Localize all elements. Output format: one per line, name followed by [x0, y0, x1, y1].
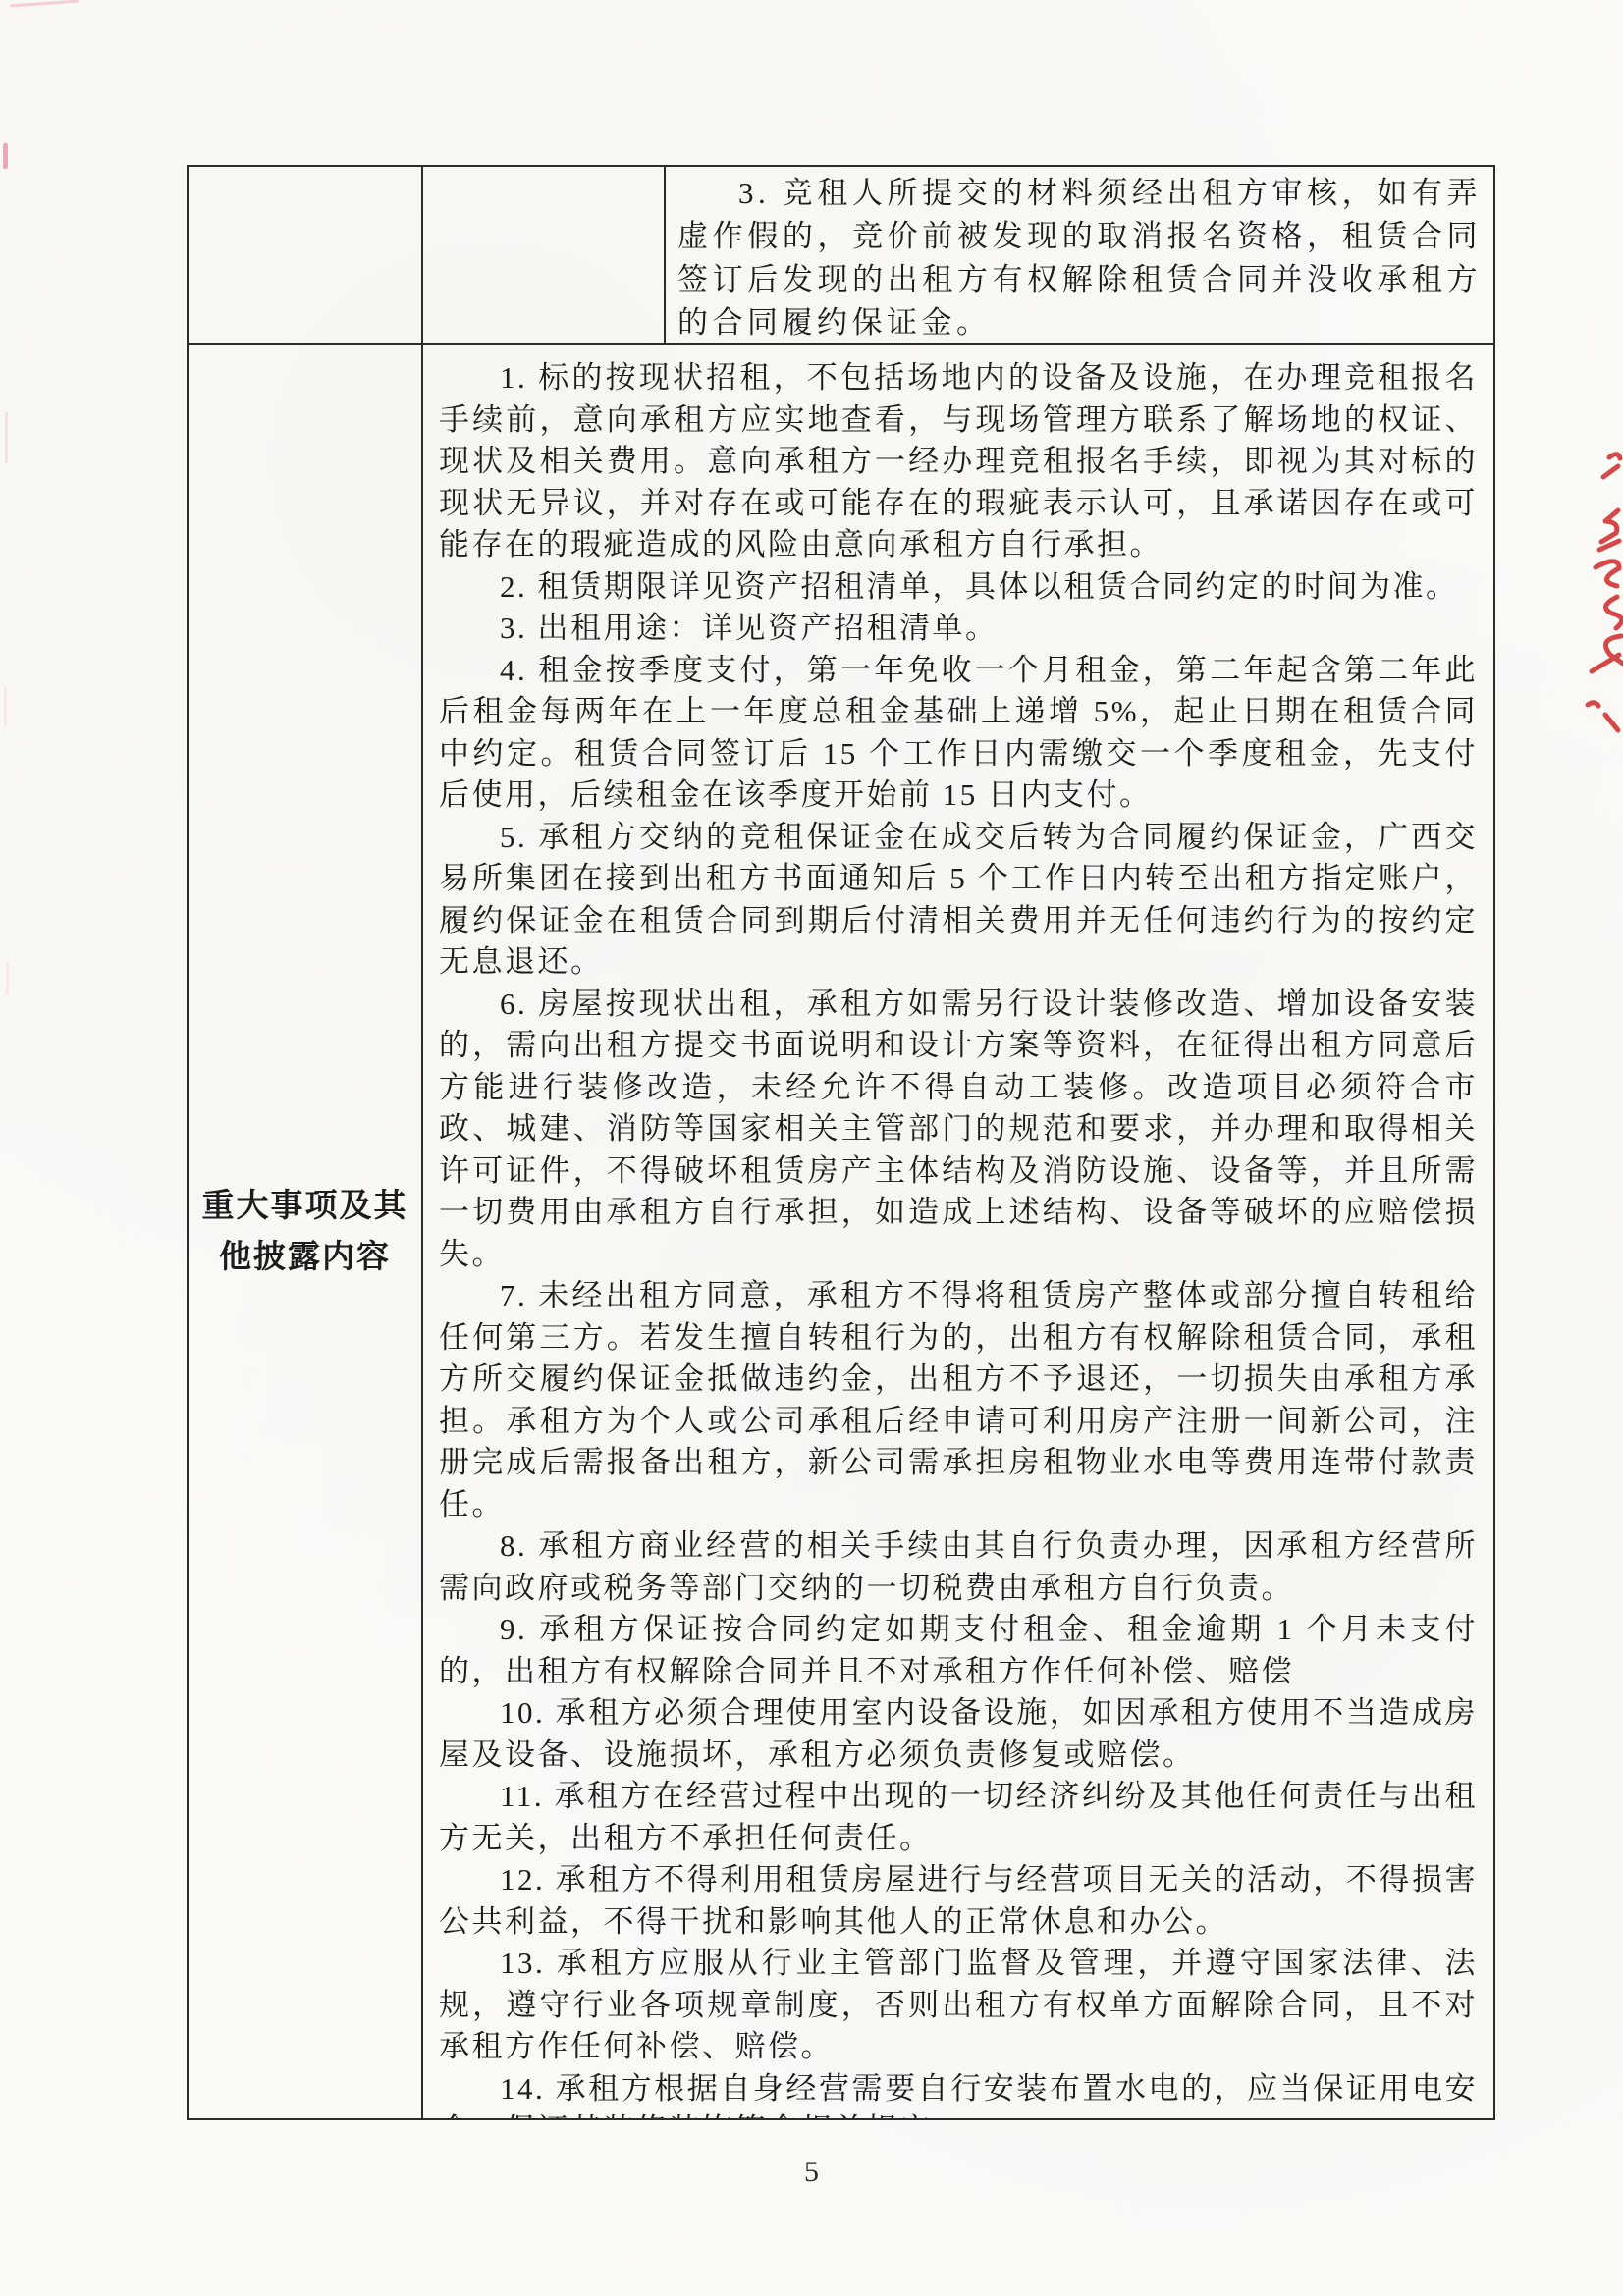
scanned-document-page: 3. 竞租人所提交的材料须经出租方审核，如有弄虚作假的，竞价前被发现的取消报名资… — [0, 0, 1623, 2296]
disclosure-item-11: 11. 承租方在经营过程中出现的一切经济纠纷及其他任何责任与出租方无关，出租方不… — [439, 1776, 1478, 1859]
disclosure-item-8: 8. 承租方商业经营的相关手续由其自行负责办理，因承租方经营所需向政府或税务等部… — [439, 1525, 1478, 1609]
page-number: 5 — [0, 2156, 1623, 2189]
continued-row-empty-cell-2 — [423, 167, 666, 343]
continued-clause-text: 3. 竞租人所提交的材料须经出租方审核，如有弄虚作假的，竞价前被发现的取消报名资… — [677, 172, 1482, 343]
continued-row-text-cell: 3. 竞租人所提交的材料须经出租方审核，如有弄虚作假的，竞价前被发现的取消报名资… — [666, 167, 1493, 343]
disclosure-item-9: 9. 承租方保证按合同约定如期支付租金、租金逾期 1 个月未支付的，出租方有权解… — [439, 1609, 1478, 1692]
table-row-major-matters: 重大事项及其他披露内容 1. 标的按现状招租，不包括场地内的设备及设施，在办理竞… — [189, 345, 1493, 2118]
scan-artifact-left-edge — [4, 687, 7, 726]
disclosure-item-10: 10. 承租方必须合理使用室内设备设施，如因承租方使用不当造成房屋及设备、设施损… — [439, 1692, 1478, 1776]
disclosure-table: 3. 竞租人所提交的材料须经出租方审核，如有弄虚作假的，竞价前被发现的取消报名资… — [187, 165, 1495, 2120]
disclosure-item-1: 1. 标的按现状招租，不包括场地内的设备及设施，在办理竞租报名手续前，意向承租方… — [439, 357, 1478, 566]
disclosure-item-14: 14. 承租方根据自身经营需要自行安装布置水电的，应当保证用电安全，保证其装修装… — [439, 2068, 1478, 2119]
major-matters-label: 重大事项及其他披露内容 — [201, 1181, 409, 1283]
table-row-continued-clause: 3. 竞租人所提交的材料须经出租方审核，如有弄虚作假的，竞价前被发现的取消报名资… — [189, 167, 1493, 345]
major-matters-label-cell: 重大事项及其他披露内容 — [189, 345, 423, 2118]
scan-artifact-top-edge — [10, 0, 79, 7]
scan-artifact-left-edge — [5, 412, 8, 463]
disclosure-item-12: 12. 承租方不得利用租赁房屋进行与经营项目无关的活动，不得损害公共利益，不得干… — [439, 1859, 1478, 1943]
disclosure-item-2: 2. 租赁期限详见资产招租清单，具体以租赁合同约定的时间为准。 — [439, 566, 1478, 609]
scan-artifact-left-edge — [3, 143, 8, 169]
scan-artifact-left-edge — [6, 962, 9, 995]
disclosure-item-6: 6. 房屋按现状出租，承租方如需另行设计装修改造、增加设备安装的，需向出租方提交… — [439, 984, 1478, 1276]
disclosure-item-5: 5. 承租方交纳的竞租保证金在成交后转为合同履约保证金，广西交易所集团在接到出租… — [439, 817, 1478, 984]
disclosure-item-13: 13. 承租方应服从行业主管部门监督及管理，并遵守国家法律、法规，遵守行业各项规… — [439, 1943, 1478, 2068]
red-handwriting-ink-marks — [1582, 448, 1623, 742]
disclosure-item-4: 4. 租金按季度支付，第一年免收一个月租金，第二年起含第二年此后租金每两年在上一… — [439, 650, 1478, 817]
disclosure-item-3: 3. 出租用途：详见资产招租清单。 — [439, 608, 1478, 650]
disclosure-item-7: 7. 未经出租方同意，承租方不得将租赁房产整体或部分擅自转租给任何第三方。若发生… — [439, 1275, 1478, 1525]
continued-row-empty-cell-1 — [189, 167, 423, 343]
major-matters-content-cell: 1. 标的按现状招租，不包括场地内的设备及设施，在办理竞租报名手续前，意向承租方… — [423, 345, 1493, 2118]
